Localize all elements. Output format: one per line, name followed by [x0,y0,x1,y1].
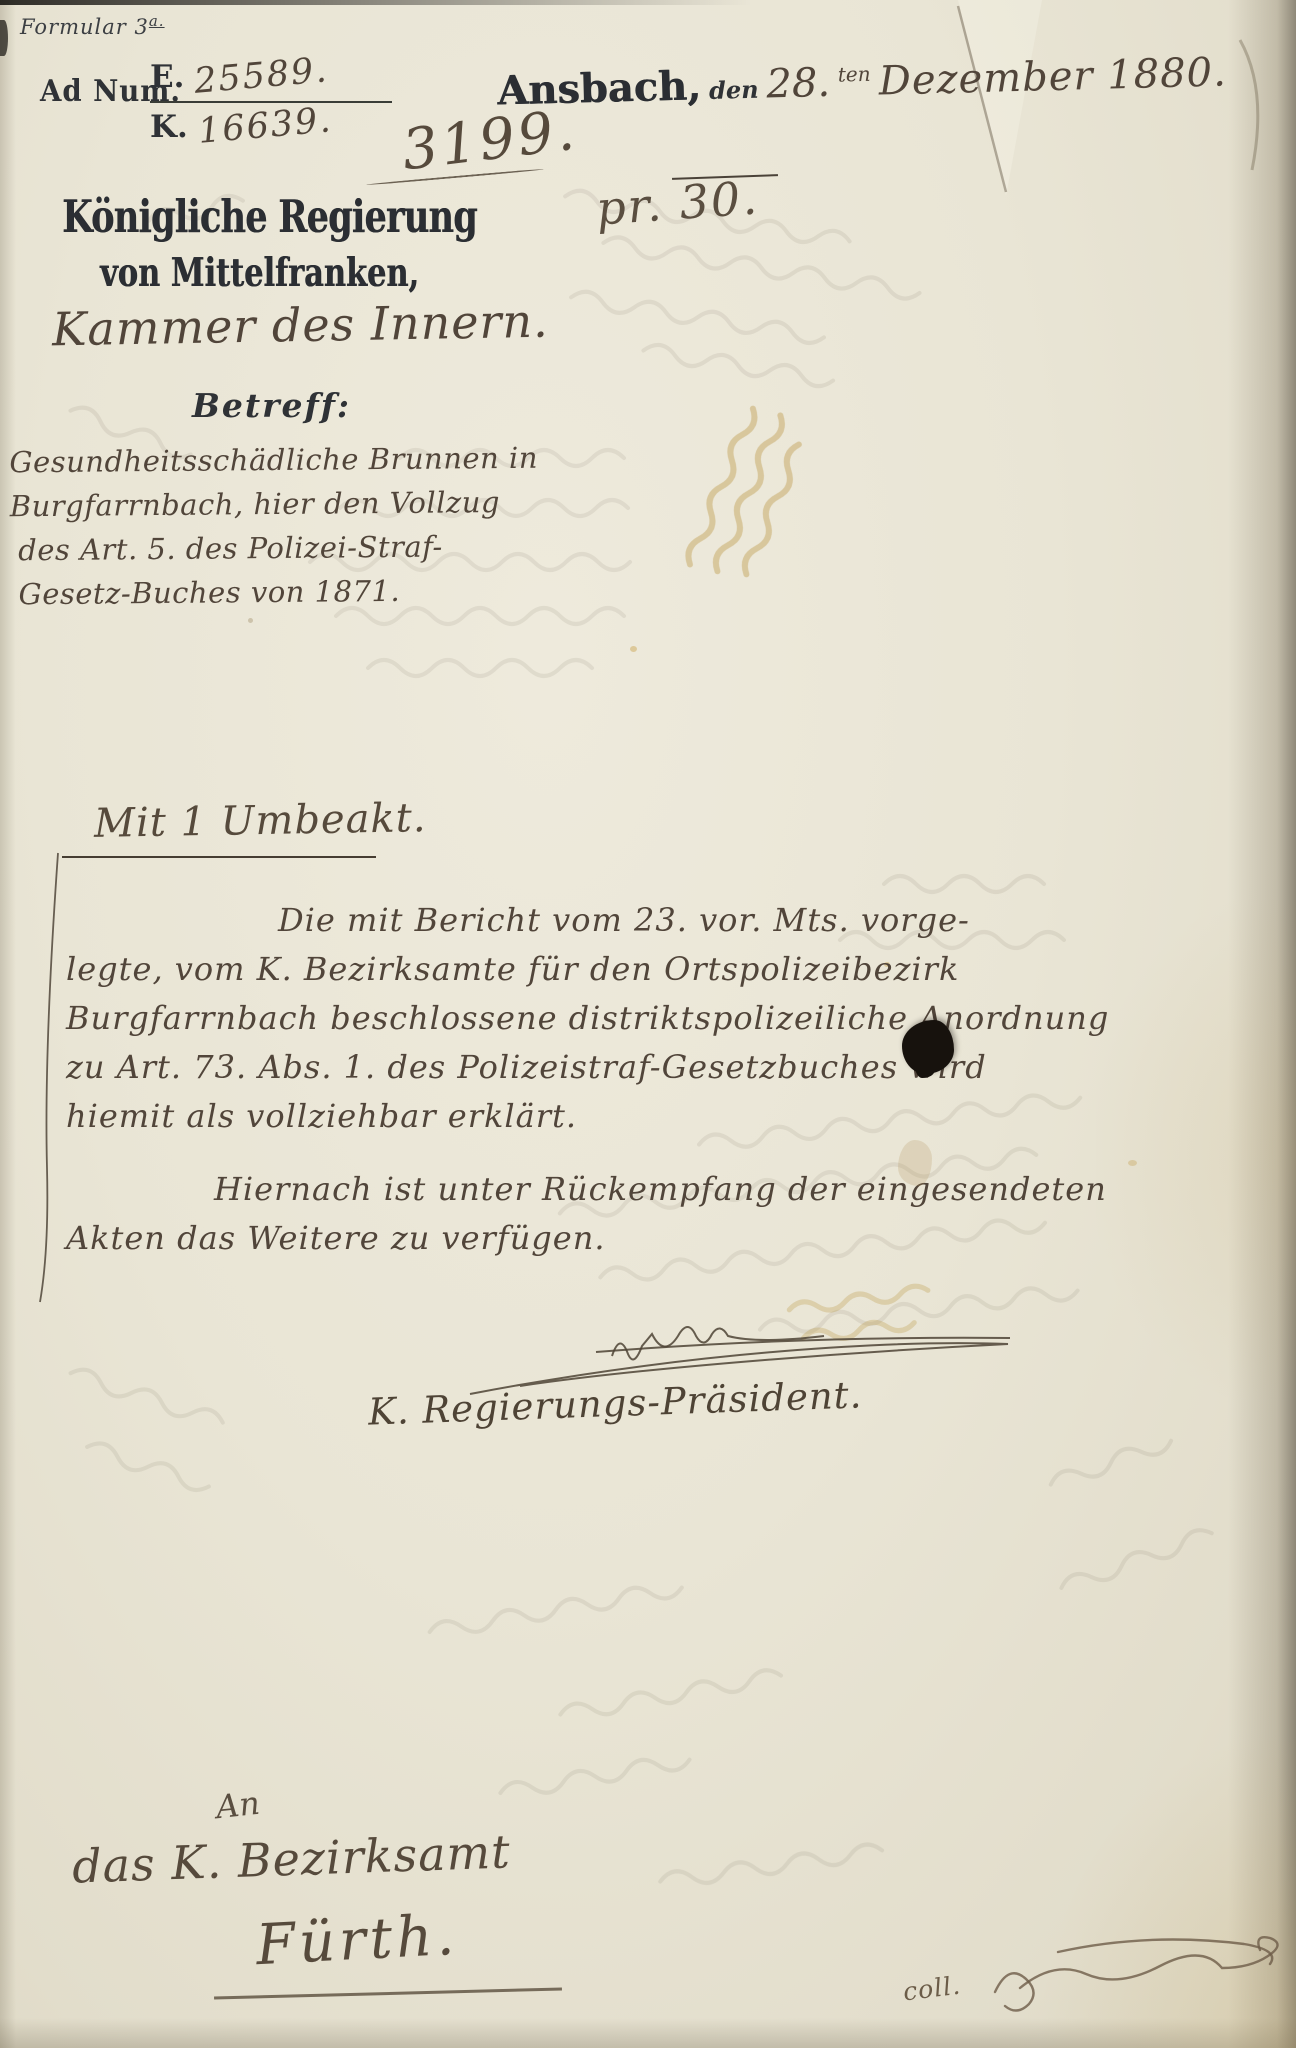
date-day-suffix: ten [838,62,871,87]
body-line: Burgfarrnbach beschlossene distriktspoli… [66,994,946,1043]
place-name-printed: Ansbach, [497,62,702,114]
body-line: hiemit als vollziehbar erklärt. [66,1092,946,1141]
address-an-handwritten: An [214,1784,261,1826]
upper-number-handwritten: 25589. [193,50,330,102]
margin-slash-mark [40,853,58,1302]
ink-blot-stain [902,1020,954,1074]
subject-line: Gesundheitsschädliche Brunnen in [9,436,538,485]
stamp-bleed-through [684,403,811,588]
address-city-handwritten: Fürth. [254,1903,459,1978]
den-label-printed: den [709,75,759,105]
body-line: zu Art. 73. Abs. 1. des Polizeistraf-Ges… [66,1043,946,1092]
reference-upper: E. 25589. [150,56,392,100]
body-line: Akten das Weitere zu verfügen. [66,1214,946,1263]
date-day-handwritten: 28. [766,60,831,108]
reference-lower: K. 16639. [150,106,392,150]
letterhead-line2: von Mittelfranken, [100,250,419,296]
body-paragraph-2: Hiernach ist unter Rückempfang der einge… [66,1165,946,1263]
subject-line: des Art. 5. des Polizei-Straf- [18,524,539,573]
reference-number-block: E. 25589. K. 16639. [150,56,392,150]
subject-line: Gesetz-Buches von 1871. [18,568,539,617]
lower-number-handwritten: 16639. [196,100,333,152]
date-month-year-handwritten: Dezember 1880. [878,49,1227,104]
enclosure-underline [62,856,376,858]
subject-line: Burgfarrnbach, hier den Vollzug [10,480,539,529]
collation-signature [995,1937,1278,2010]
form-number-label: Formular 3a. [20,12,165,39]
body-line: Hiernach ist unter Rückempfang der einge… [66,1165,946,1214]
body-line: Die mit Bericht vom 23. vor. Mts. vorge- [66,896,946,945]
fee-note-handwritten: pr. 30. [594,170,760,235]
document-page: Formular 3a. Ad Num. E. 25589. K. 16639.… [0,0,1296,2048]
lower-letter-printed: K. [150,109,188,145]
fraction-line [150,101,392,103]
faint-stain [898,1140,932,1186]
body-text: Die mit Bericht vom 23. vor. Mts. vorge-… [66,896,946,1263]
letterhead-chamber-handwritten: Kammer des Innern. [52,294,550,357]
letterhead-line1: Königliche Regierung [62,190,477,243]
enclosure-note-handwritten: Mit 1 Umbeakt. [94,795,427,847]
upper-letter-printed: E. [150,59,184,95]
subject-block: Gesundheitsschädliche Brunnen in Burgfar… [9,436,539,617]
body-line: legte, vom K. Bezirksamte für den Ortspo… [66,945,946,994]
subject-label: Betreff: [192,386,351,425]
form-number-sup: a. [149,12,165,30]
form-number-text: Formular 3 [20,15,149,39]
